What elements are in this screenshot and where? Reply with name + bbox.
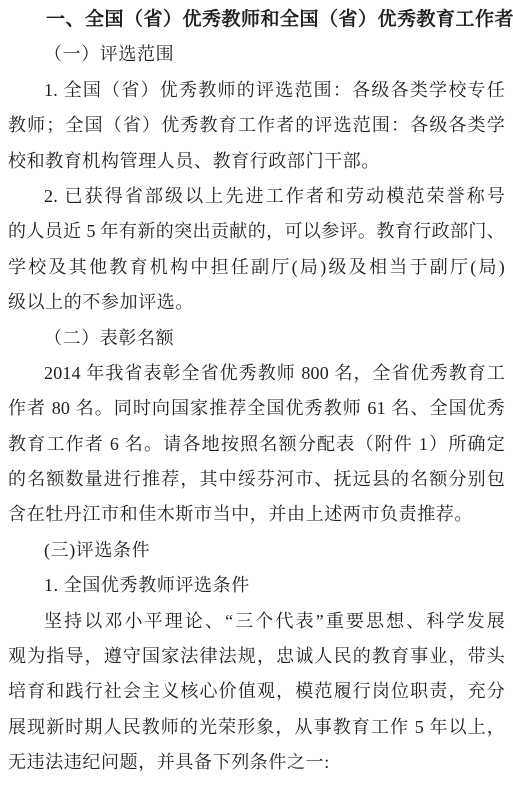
section-heading-scope: （一）评选范围	[8, 37, 505, 72]
document-heading: 一、全国（省）优秀教师和全国（省）优秀教育工作者	[8, 2, 505, 37]
text-line: 2. 已获得省部级以上先进工作者和劳动模范荣誉称号	[8, 179, 505, 214]
text-line: 无违法违纪问题，并具备下列条件之一:	[8, 745, 505, 780]
text-line: 教师；全国（省）优秀教育工作者的评选范围：各级各类学	[8, 108, 505, 143]
subsection-heading-teacher-criteria: 1. 全国优秀教师评选条件	[8, 568, 505, 603]
text-line: 作者 80 名。同时向国家推荐全国优秀教师 61 名、全国优秀	[8, 391, 505, 426]
text-line: 级以上的不参加评选。	[8, 285, 505, 320]
text-line: 1. 全国（省）优秀教师的评选范围：各级各类学校专任	[8, 73, 505, 108]
text-line: 坚持以邓小平理论、“三个代表”重要思想、科学发展	[8, 604, 505, 639]
text-line: 含在牡丹江市和佳木斯市当中，并由上述两市负责推荐。	[8, 497, 505, 532]
text-line: 校和教育机构管理人员、教育行政部门干部。	[8, 144, 505, 179]
text-line: 展现新时期人民教师的光荣形象，从事教育工作 5 年以上，	[8, 710, 505, 745]
text-line: 教育工作者 6 名。请各地按照名额分配表（附件 1）所确定	[8, 427, 505, 462]
text-line: 培育和践行社会主义核心价值观，模范履行岗位职责，充分	[8, 674, 505, 709]
text-line: 观为指导，遵守国家法律法规，忠诚人民的教育事业，带头	[8, 639, 505, 674]
text-line: 2014 年我省表彰全省优秀教师 800 名，全省优秀教育工	[8, 356, 505, 391]
section-heading-quota: （二）表彰名额	[8, 321, 505, 356]
text-line: 的名额数量进行推荐，其中绥芬河市、抚远县的名额分别包	[8, 462, 505, 497]
document-page: 一、全国（省）优秀教师和全国（省）优秀教育工作者 （一）评选范围 1. 全国（省…	[0, 0, 513, 796]
text-line: 学校及其他教育机构中担任副厅(局)级及相当于副厅(局)	[8, 250, 505, 285]
section-heading-criteria: (三)评选条件	[8, 533, 505, 568]
text-line: 的人员近 5 年有新的突出贡献的，可以参评。教育行政部门、	[8, 214, 505, 249]
